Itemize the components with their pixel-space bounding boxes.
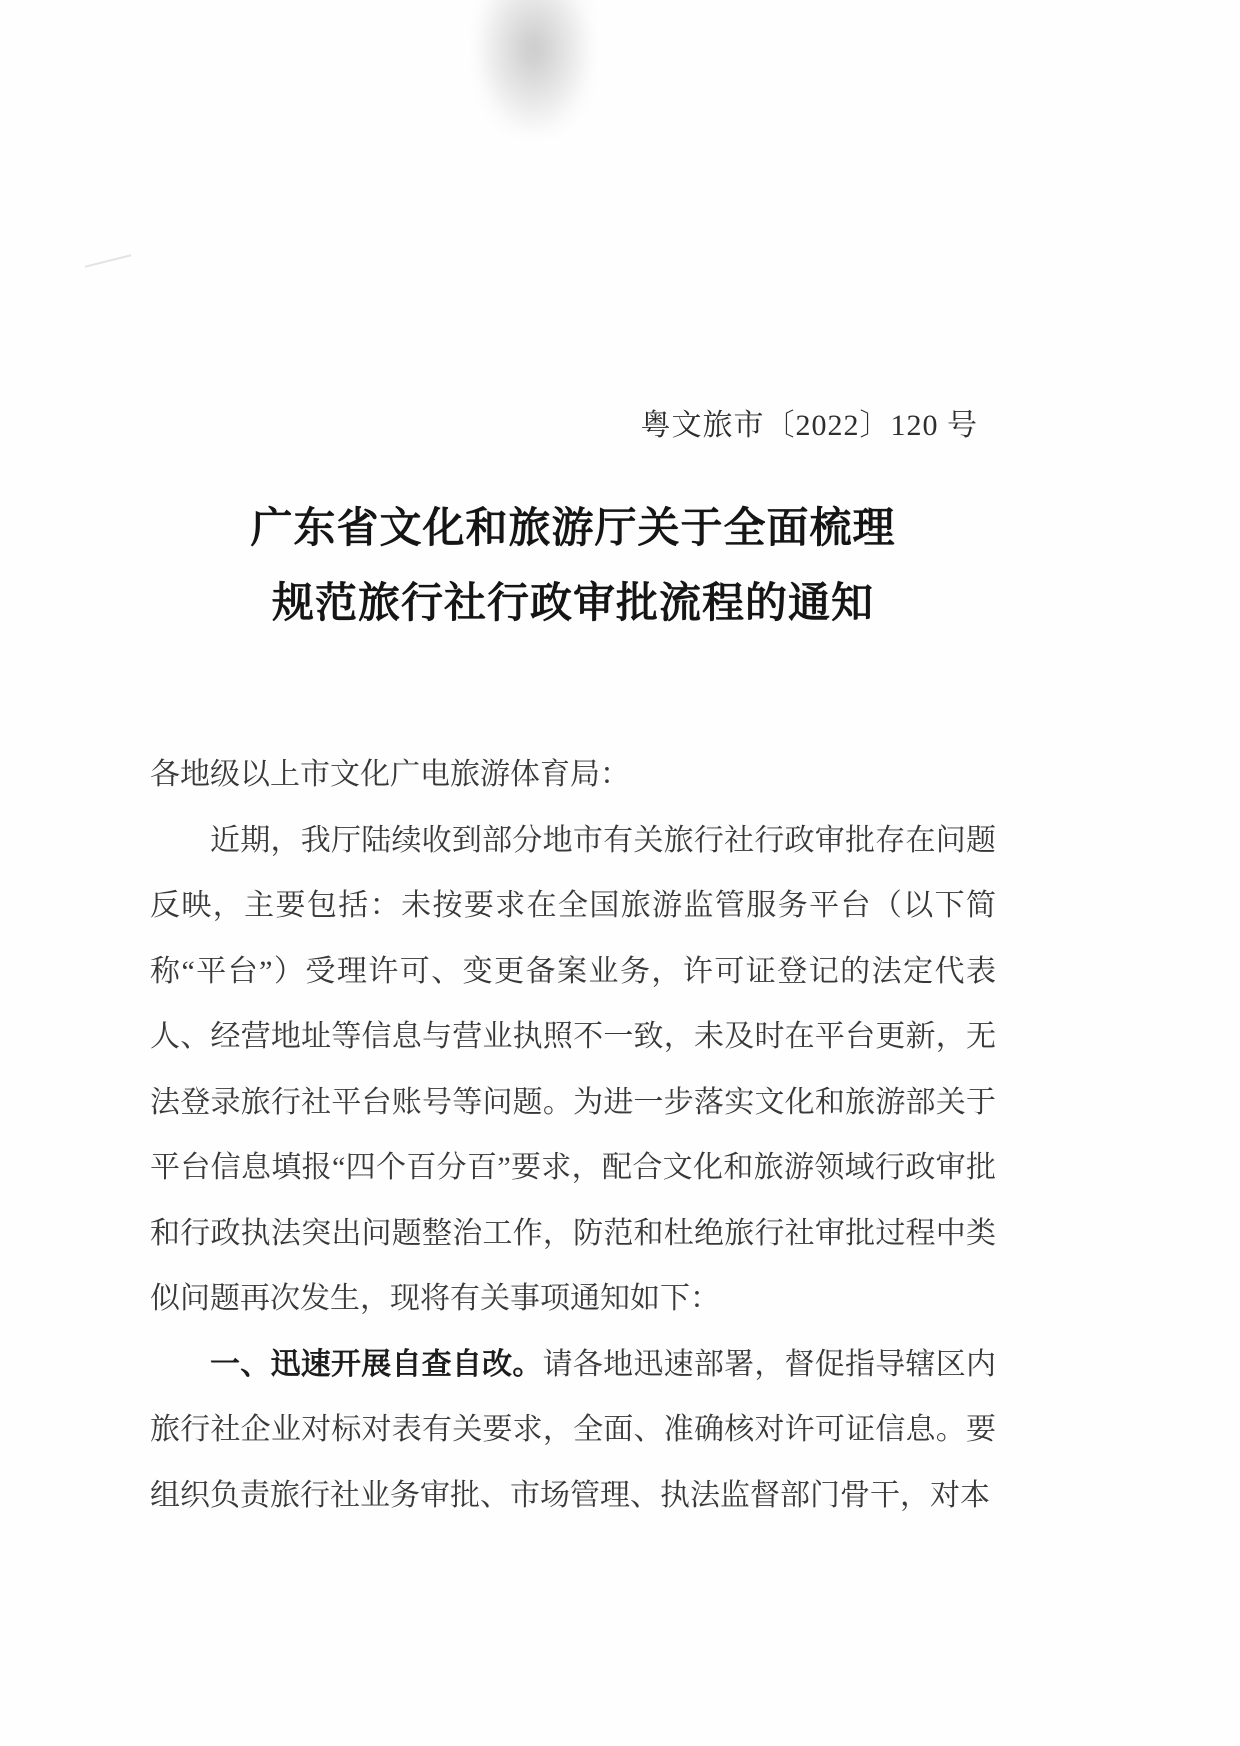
addressee-line: 各地级以上市文化广电旅游体育局： [150,742,996,808]
scan-scratch-artifact [84,254,131,268]
doc-number: 粤文旅市〔2022〕120 号 [150,402,996,450]
paragraph-intro: 近期，我厅陆续收到部分地市有关旅行社行政审批存在问题反映，主要包括：未按要求在全… [150,808,996,1332]
document-title-line2: 规范旅行社行政审批流程的通知 [150,567,996,642]
scan-smudge-artifact [474,0,594,136]
document-page: 粤文旅市〔2022〕120 号 广东省文化和旅游厅关于全面梳理 规范旅行社行政审… [0,0,1240,1746]
paragraph-item-1: 一、迅速开展自查自改。请各地迅速部署，督促指导辖区内旅行社企业对标对表有关要求，… [150,1332,996,1529]
document-body: 各地级以上市文化广电旅游体育局： 近期，我厅陆续收到部分地市有关旅行社行政审批存… [150,742,996,1528]
paragraph-item-1-heading: 一、迅速开展自查自改。 [210,1348,543,1381]
document-title: 广东省文化和旅游厅关于全面梳理 规范旅行社行政审批流程的通知 [150,492,996,642]
document-title-line1: 广东省文化和旅游厅关于全面梳理 [150,492,996,567]
